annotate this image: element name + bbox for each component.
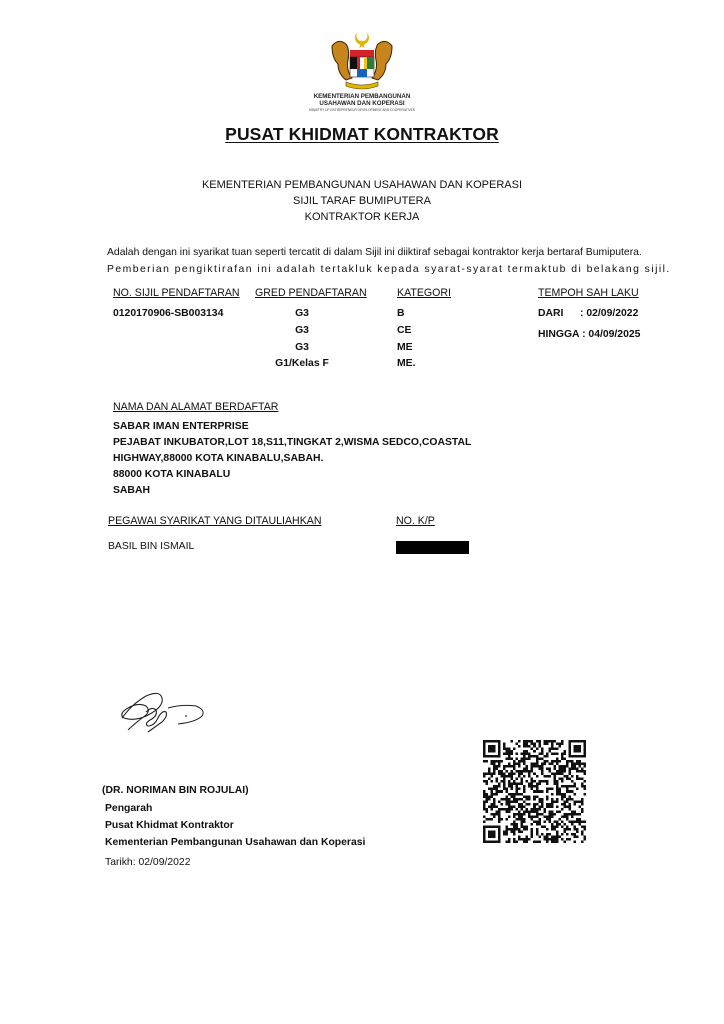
ministry-name: KEMENTERIAN PEMBANGUNAN USAHAWAN DAN KOP… <box>0 179 724 191</box>
validity-from-label: DARI <box>538 308 563 319</box>
header-validity: TEMPOH SAH LAKU <box>538 287 639 299</box>
logo-ministry-line1: KEMENTERIAN PEMBANGUNAN <box>300 93 424 100</box>
grade-2: G3 <box>262 325 342 336</box>
category-4: ME. <box>397 358 415 369</box>
validity-from-value: : 02/09/2022 <box>580 308 638 319</box>
redacted-id-number <box>396 541 469 554</box>
registration-number: 0120170906-SB003134 <box>113 308 223 319</box>
logo-ministry-english: MINISTRY OF ENTREPRENEUR DEVELOPMENT AND… <box>300 108 424 112</box>
signatory-department: Pusat Khidmat Kontraktor <box>105 820 234 831</box>
malaysia-coat-of-arms-icon <box>328 30 396 92</box>
header-id-number: NO. K/P <box>396 515 435 527</box>
issue-date: Tarikh: 02/09/2022 <box>105 857 191 868</box>
statement-line-1: Adalah dengan ini syarikat tuan seperti … <box>107 247 642 258</box>
header-reg-no: NO. SIJIL PENDAFTARAN <box>113 287 240 299</box>
qr-code-icon <box>483 740 586 843</box>
header-grade: GRED PENDAFTARAN <box>255 287 367 299</box>
header-officer: PEGAWAI SYARIKAT YANG DITAULIAHKAN <box>108 515 322 527</box>
contractor-type: KONTRAKTOR KERJA <box>0 211 724 223</box>
header-category: KATEGORI <box>397 287 451 299</box>
category-1: B <box>397 308 405 319</box>
category-2: CE <box>397 325 411 336</box>
signature-icon <box>112 680 212 740</box>
statement-line-2: Pemberian pengiktirafan ini adalah terta… <box>107 264 671 275</box>
grade-3: G3 <box>262 342 342 353</box>
signatory-name: (DR. NORIMAN BIN ROJULAI) <box>102 785 249 796</box>
validity-to: HINGGA : 04/09/2025 <box>538 329 640 340</box>
address-line-2: HIGHWAY,88000 KOTA KINABALU,SABAH. <box>113 453 323 464</box>
company-name: SABAR IMAN ENTERPRISE <box>113 421 249 432</box>
signatory-ministry: Kementerian Pembangunan Usahawan dan Kop… <box>105 837 365 848</box>
page-title: PUSAT KHIDMAT KONTRAKTOR <box>0 124 724 145</box>
signatory-position: Pengarah <box>105 803 152 814</box>
address-line-4: SABAH <box>113 485 150 496</box>
grade-4: G1/Kelas F <box>262 358 342 369</box>
certificate-name: SIJIL TARAF BUMIPUTERA <box>0 195 724 207</box>
logo-ministry-line2: USAHAWAN DAN KOPERASI <box>300 100 424 107</box>
address-line-3: 88000 KOTA KINABALU <box>113 469 230 480</box>
officer-name: BASIL BIN ISMAIL <box>108 541 194 552</box>
ministry-logo: KEMENTERIAN PEMBANGUNAN USAHAWAN DAN KOP… <box>300 30 424 118</box>
header-company: NAMA DAN ALAMAT BERDAFTAR <box>113 401 278 413</box>
category-3: ME <box>397 342 413 353</box>
grade-1: G3 <box>262 308 342 319</box>
address-line-1: PEJABAT INKUBATOR,LOT 18,S11,TINGKAT 2,W… <box>113 437 471 448</box>
